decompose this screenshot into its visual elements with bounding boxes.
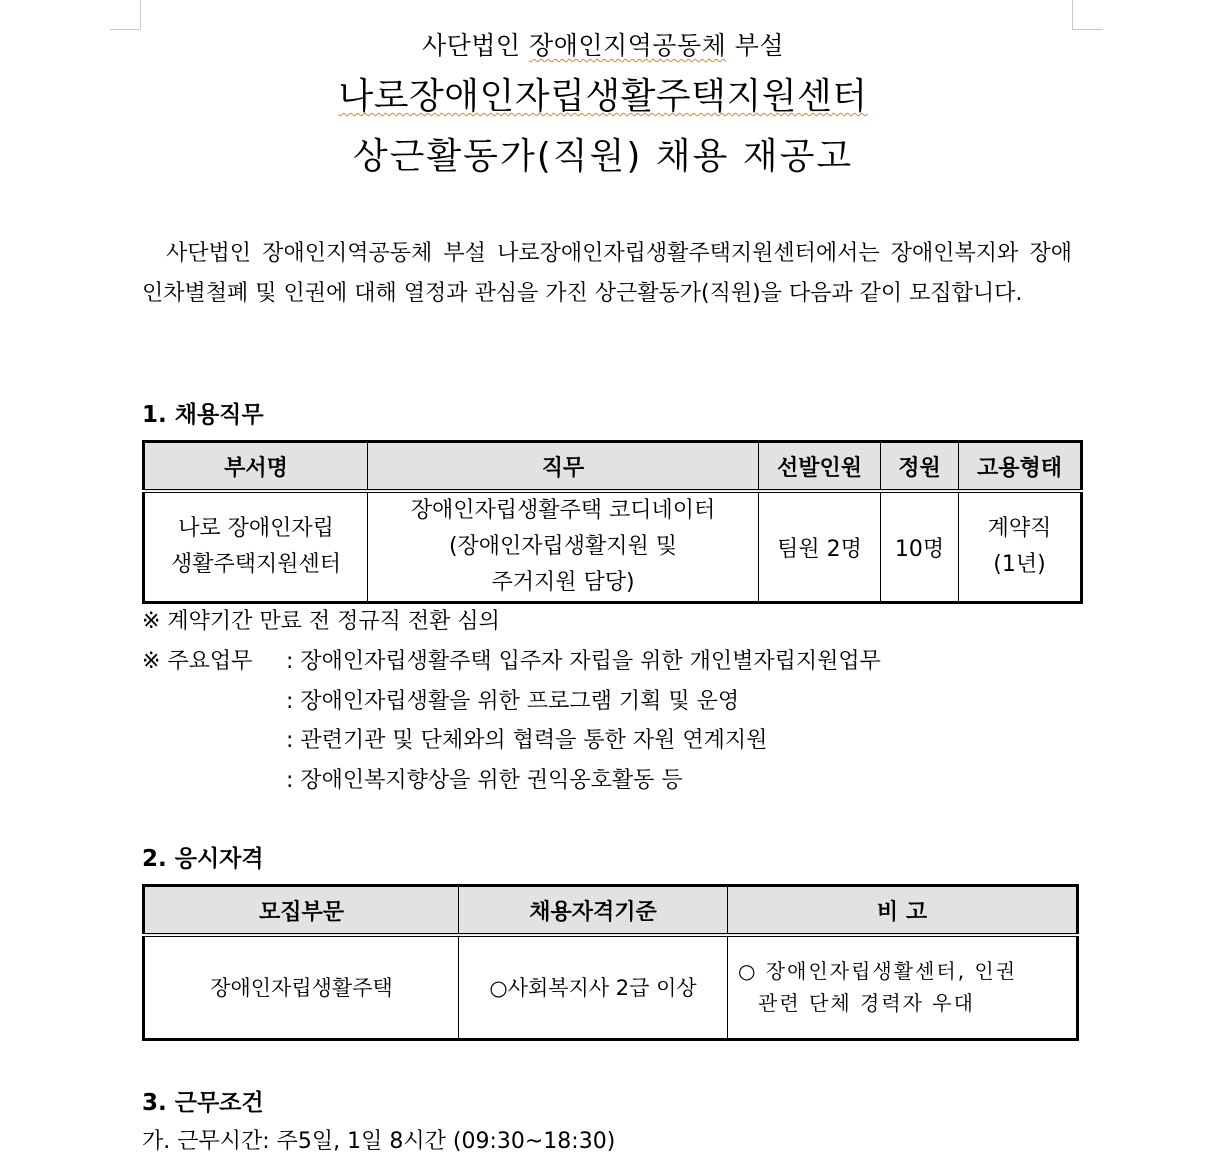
duty-item: : 장애인복지향상을 위한 권익옹호활동 등 (286, 763, 683, 794)
cell-employment-type: 계약직 (1년) (959, 491, 1082, 603)
department-line: 나로 장애인자립 (145, 511, 367, 547)
table-row: 나로 장애인자립 생활주택지원센터 장애인자립생활주택 코디네이터 (장애인자립… (144, 491, 1082, 603)
page-title: 상근활동가(직원) 채용 재공고 (0, 128, 1206, 179)
center-name: 나로장애인자립생활주택지원센터 (338, 76, 867, 117)
cell-quota: 10명 (881, 491, 959, 603)
employment-line: (1년) (959, 547, 1080, 583)
org-prefix: 사단법인 (422, 31, 529, 60)
cell-selected: 팀원 2명 (759, 491, 881, 603)
cell-duty: 장애인자립생활주택 코디네이터 (장애인자립생활지원 및 주거지원 담당) (368, 491, 759, 603)
cell-qualification: ○사회복지사 2급 이상 (459, 935, 728, 1039)
department-line: 생활주택지원센터 (145, 547, 367, 583)
header-duty: 직무 (368, 442, 759, 492)
intro-text: 사단법인 장애인지역공동체 부설 나로장애인자립생활주택지원센터에서는 장애인복… (142, 241, 1072, 306)
center-name-heading: 나로장애인자립생활주택지원센터 (0, 68, 1206, 119)
section-heading-1: 1. 채용직무 (142, 396, 264, 429)
remarks-line: ○ 장애인자립생활센터, 인권 (738, 955, 1076, 987)
duty-item: : 장애인자립생활을 위한 프로그램 기획 및 운영 (286, 684, 739, 715)
employment-line: 계약직 (959, 511, 1080, 547)
cell-remarks: ○ 장애인자립생활센터, 인권 관련 단체 경력자 우대 (728, 935, 1078, 1039)
header-category: 모집부문 (144, 886, 459, 936)
section-heading-3: 3. 근무조건 (142, 1084, 264, 1117)
job-table: 부서명 직무 선발인원 정원 고용형태 나로 장애인자립 생활주택지원센터 장애… (142, 440, 1083, 604)
job-table-header: 부서명 직무 선발인원 정원 고용형태 (144, 442, 1082, 492)
qualification-table-header: 모집부문 채용자격기준 비 고 (144, 886, 1078, 936)
header-qualification: 채용자격기준 (459, 886, 728, 936)
remarks-line: 관련 단체 경력자 우대 (738, 987, 1076, 1019)
work-hours: 가. 근무시간: 주5일, 1일 8시간 (09:30~18:30) (142, 1124, 615, 1155)
duties-label: ※ 주요업무 (142, 644, 252, 675)
organization-line: 사단법인 장애인지역공동체 부설 (0, 26, 1206, 62)
org-suffix: 부설 (726, 31, 784, 60)
header-department: 부서명 (144, 442, 368, 492)
duty-line: (장애인자립생활지원 및 (368, 529, 758, 565)
duty-line: 주거지원 담당) (368, 565, 758, 601)
cell-department: 나로 장애인자립 생활주택지원센터 (144, 491, 368, 603)
duty-item: : 관련기관 및 단체와의 협력을 통한 자원 연계지원 (286, 723, 767, 754)
header-remarks: 비 고 (728, 886, 1078, 936)
section-heading-2: 2. 응시자격 (142, 840, 264, 873)
duty-item: : 장애인자립생활주택 입주자 자립을 위한 개인별자립지원업무 (286, 644, 881, 675)
header-employment-type: 고용형태 (959, 442, 1082, 492)
header-quota: 정원 (881, 442, 959, 492)
table-row: 장애인자립생활주택 ○사회복지사 2급 이상 ○ 장애인자립생활센터, 인권 관… (144, 935, 1078, 1039)
cell-category: 장애인자립생활주택 (144, 935, 459, 1039)
intro-paragraph: 사단법인 장애인지역공동체 부설 나로장애인자립생활주택지원센터에서는 장애인복… (142, 234, 1072, 314)
org-name: 장애인지역공동체 (529, 31, 726, 60)
qualification-table: 모집부문 채용자격기준 비 고 장애인자립생활주택 ○사회복지사 2급 이상 ○… (142, 884, 1079, 1041)
duty-line: 장애인자립생활주택 코디네이터 (368, 493, 758, 529)
header-selected: 선발인원 (759, 442, 881, 492)
contract-note: ※ 계약기간 만료 전 정규직 전환 심의 (142, 604, 500, 635)
